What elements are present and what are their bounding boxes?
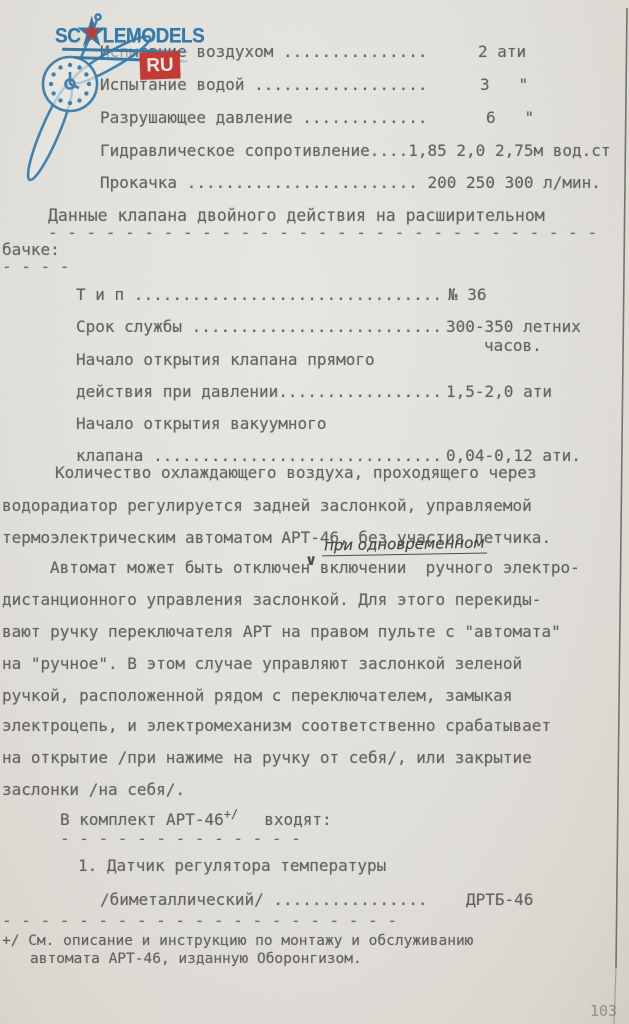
- dashed-underline: - - - - - - - - - - - - - - - - - - - - …: [48, 226, 597, 240]
- spec-row-vacuum-valve-opening-1: Начало открытия вакуумного: [76, 414, 326, 434]
- paragraph1-line: Количество охлаждающего воздуха, проходя…: [55, 463, 537, 483]
- dot-leader: ..........................: [182, 317, 442, 336]
- page-number: 103: [590, 1002, 617, 1020]
- spec-value-service-life: 300-350 летних: [446, 317, 581, 337]
- spec-value-burst-pressure: 6 ": [486, 108, 534, 128]
- spec-label: Т и п: [76, 285, 124, 304]
- spec-row-service-life: Срок службы ..........................: [76, 317, 442, 337]
- spec-value-hydraulic-resistance: 1,85 2,0 2,75м вод.ст: [408, 141, 610, 160]
- paragraph2-line: заслонки /на себя/.: [2, 780, 185, 800]
- paragraph2-line: электроцепь, и электромеханизм соответст…: [2, 716, 551, 736]
- footnote-line: автомата АРТ-46, изданную Оборонгизом.: [30, 950, 362, 968]
- kit-item1-value: ДРТБ-46: [466, 890, 533, 910]
- dot-leader: ....: [370, 141, 409, 160]
- logo-ru-badge: RU: [140, 51, 181, 79]
- handwritten-annotation: при одновременном: [322, 534, 487, 557]
- dashed-underline: - - - - - - - - - - - - -: [60, 832, 301, 846]
- paragraph2-line: на "ручное". В этом случае управляют зас…: [2, 654, 522, 674]
- kit-heading: В комплект АРТ-46+/входят:: [60, 810, 332, 831]
- dot-leader: ...............: [273, 42, 427, 61]
- dashed-underline: - - - -: [2, 260, 69, 274]
- kit-item1-line1: 1. Датчик регулятора температуры: [78, 856, 386, 876]
- spec-label: действия при давлении: [76, 382, 278, 401]
- spec-value-flow-rate: 200 250 300 л/мин.: [428, 173, 601, 192]
- spec-value-air-test: 2 ати: [478, 42, 526, 62]
- dot-leader: ..................: [245, 75, 428, 94]
- spec-row-direct-valve-opening-1: Начало открытия клапана прямого: [76, 350, 375, 370]
- spec-row-direct-valve-opening-2: действия при давлении.................: [76, 382, 442, 402]
- dot-leader: ................: [264, 890, 428, 909]
- kit-item1-line2: /биметаллический/ ................: [100, 890, 428, 910]
- logo-text-sc: SC: [55, 24, 80, 49]
- kit-item1-label: /биметаллический/: [100, 890, 264, 909]
- spec-value-service-life-wrap: часов.: [484, 336, 542, 356]
- dot-leader: .................: [278, 382, 442, 401]
- paragraph1-line: водорадиатор регулируется задней заслонк…: [2, 496, 532, 516]
- spec-value-direct-valve-opening: 1,5-2,0 ати: [446, 382, 552, 402]
- spec-label: Срок службы: [76, 317, 182, 336]
- logo-brand-text: SC★LEMODELS: [55, 21, 204, 51]
- footnote-separator: - - - - - - - - - - - - - - - - - - - - …: [2, 914, 397, 928]
- paragraph2-line: ручкой, расположенной рядом с переключат…: [2, 686, 513, 706]
- spec-row-type: Т и п ................................: [76, 285, 442, 305]
- star-icon: ★: [79, 18, 105, 48]
- spec-value-water-test: 3 ": [480, 75, 528, 95]
- kit-heading-tail: входят:: [264, 810, 331, 829]
- paragraph2-line: вают ручку переключателя АРТ на правом п…: [2, 622, 561, 642]
- spec-value-type: № 36: [448, 285, 487, 305]
- footnote-line: +/ См. описание и инструкцию по монтажу …: [2, 932, 473, 950]
- paragraph2-line: на открытие /при нажиме на ручку от себя…: [2, 748, 532, 768]
- logo-text-lemodels: LEMODELS: [103, 24, 205, 49]
- kit-heading-text: В комплект АРТ-46: [60, 810, 224, 829]
- dot-leader: ................................: [124, 285, 442, 304]
- dot-leader: .............: [293, 108, 428, 127]
- watermark-logo: SC★LEMODELS RU: [0, 0, 230, 200]
- paragraph2-line: дистанционного управления заслонкой. Для…: [2, 590, 541, 610]
- paragraph2-line: Автомат может быть отключен включении ру…: [50, 558, 580, 578]
- scanned-document-page: Испытание воздухом ............... 2 ати…: [0, 0, 629, 1024]
- footnote-marker: +/: [224, 807, 238, 821]
